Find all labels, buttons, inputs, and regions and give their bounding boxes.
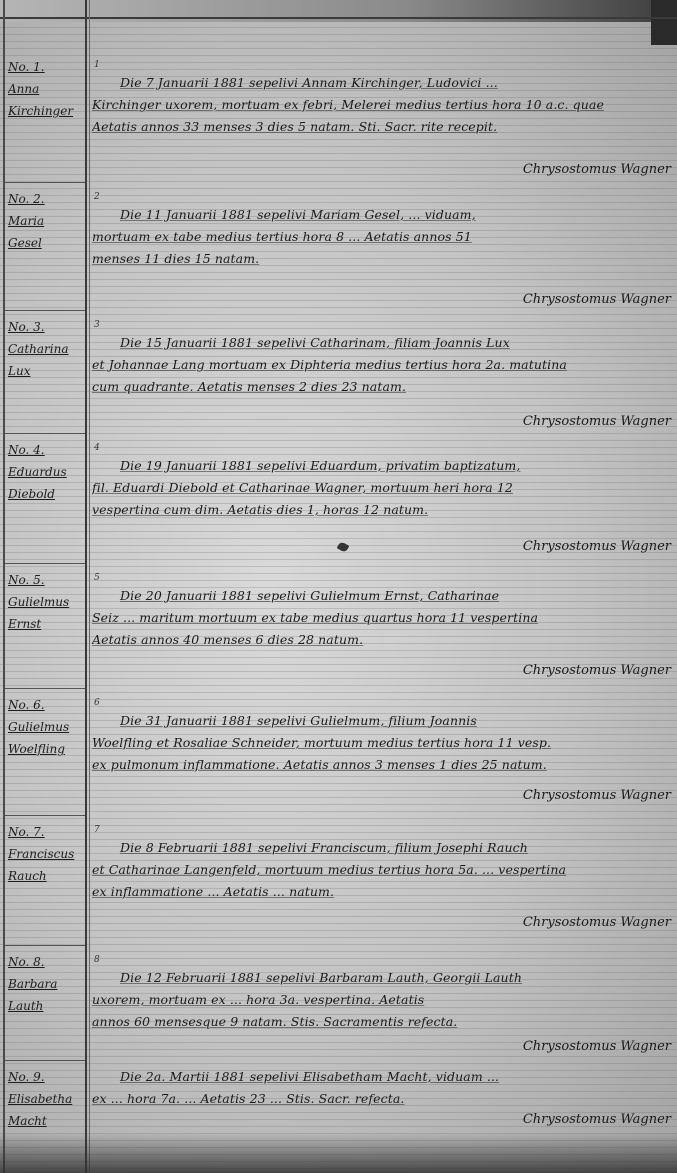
entry-margin: No. 6. Gulielmus Woelfling (8, 694, 84, 760)
entry-text: Die 20 Januarii 1881 sepelivi Gulielmum … (92, 585, 674, 651)
entry-divider (5, 815, 85, 816)
entry-index: 2 (94, 192, 100, 202)
entry-margin: No. 3. Catharina Lux (8, 316, 84, 382)
entry-line: ex ... hora 7a. ... Aetatis 23 ... Stis.… (92, 1088, 674, 1110)
priest-signature: Chrysostomus Wagner (523, 1112, 671, 1127)
left-border-line (3, 0, 5, 1173)
entry-number: No. 4. (8, 439, 84, 461)
entry-line: Woelfling et Rosaliae Schneider, mortuum… (92, 732, 674, 754)
entry-margin: No. 1. Anna Kirchinger (8, 56, 84, 122)
priest-signature: Chrysostomus Wagner (523, 1039, 671, 1054)
priest-signature: Chrysostomus Wagner (523, 915, 671, 930)
entry-divider (5, 182, 85, 183)
entry-index: 4 (94, 443, 100, 453)
entry-index: 7 (94, 825, 100, 835)
deceased-surname: Woelfling (8, 738, 84, 760)
entry-text: Die 8 Februarii 1881 sepelivi Franciscum… (92, 837, 674, 903)
entry-line: menses 11 dies 15 natam. (92, 248, 674, 270)
entry-margin: No. 4. Eduardus Diebold (8, 439, 84, 505)
entry-line: Seiz ... maritum mortuum ex tabe medius … (92, 607, 674, 629)
entry-number: No. 6. (8, 694, 84, 716)
deceased-surname: Rauch (8, 865, 84, 887)
scan-corner-shadow (651, 0, 677, 45)
margin-column-line (85, 0, 87, 1173)
entry-line: Die 8 Februarii 1881 sepelivi Franciscum… (92, 837, 674, 859)
entry-line: Die 20 Januarii 1881 sepelivi Gulielmum … (92, 585, 674, 607)
entry-line: Die 11 Januarii 1881 sepelivi Mariam Ges… (92, 204, 674, 226)
entry-text: Die 15 Januarii 1881 sepelivi Catharinam… (92, 332, 674, 398)
register-page: No. 1. Anna Kirchinger 1 Die 7 Januarii … (0, 0, 677, 1173)
entry-line: Die 2a. Martii 1881 sepelivi Elisabetham… (92, 1066, 674, 1088)
entry-text: Die 12 Februarii 1881 sepelivi Barbaram … (92, 967, 674, 1033)
deceased-surname: Kirchinger (8, 100, 84, 122)
entry-divider (5, 433, 85, 434)
entry-number: No. 3. (8, 316, 84, 338)
entry-margin: No. 5. Gulielmus Ernst (8, 569, 84, 635)
top-rule (0, 17, 677, 19)
entry-line: et Catharinae Langenfeld, mortuum medius… (92, 859, 674, 881)
deceased-surname: Lux (8, 360, 84, 382)
priest-signature: Chrysostomus Wagner (523, 292, 671, 307)
priest-signature: Chrysostomus Wagner (523, 414, 671, 429)
entry-line: ex pulmonum inflammatione. Aetatis annos… (92, 754, 674, 776)
deceased-first-name: Elisabetha (8, 1088, 84, 1110)
entry-line: Aetatis annos 40 menses 6 dies 28 natum. (92, 629, 674, 651)
entry-margin: No. 2. Maria Gesel (8, 188, 84, 254)
entry-number: No. 9. (8, 1066, 84, 1088)
entry-text: Die 2a. Martii 1881 sepelivi Elisabetham… (92, 1066, 674, 1110)
entry-number: No. 7. (8, 821, 84, 843)
entry-margin: No. 9. Elisabetha Macht (8, 1066, 84, 1132)
entry-line: Aetatis annos 33 menses 3 dies 5 natam. … (92, 116, 674, 138)
deceased-first-name: Catharina (8, 338, 84, 360)
entry-number: No. 1. (8, 56, 84, 78)
margin-column-line-inner (89, 0, 90, 1173)
entry-index: 3 (94, 320, 100, 330)
entry-line: Die 19 Januarii 1881 sepelivi Eduardum, … (92, 455, 674, 477)
entry-divider (5, 945, 85, 946)
entry-line: fil. Eduardi Diebold et Catharinae Wagne… (92, 477, 674, 499)
priest-signature: Chrysostomus Wagner (523, 788, 671, 803)
deceased-surname: Lauth (8, 995, 84, 1017)
entry-divider (5, 1060, 85, 1061)
entry-number: No. 8. (8, 951, 84, 973)
entry-index: 6 (94, 698, 100, 708)
deceased-surname: Ernst (8, 613, 84, 635)
deceased-surname: Gesel (8, 232, 84, 254)
entry-divider (5, 563, 85, 564)
entry-line: vespertina cum dim. Aetatis dies 1, hora… (92, 499, 674, 521)
entry-line: et Johannae Lang mortuam ex Diphteria me… (92, 354, 674, 376)
entry-index: 5 (94, 573, 100, 583)
entry-text: Die 7 Januarii 1881 sepelivi Annam Kirch… (92, 72, 674, 138)
entry-line: cum quadrante. Aetatis menses 2 dies 23 … (92, 376, 674, 398)
scan-bottom-shadow (0, 1133, 677, 1173)
entry-text: Die 19 Januarii 1881 sepelivi Eduardum, … (92, 455, 674, 521)
entry-line: Die 12 Februarii 1881 sepelivi Barbaram … (92, 967, 674, 989)
deceased-first-name: Gulielmus (8, 591, 84, 613)
ink-blot (337, 541, 350, 553)
entry-index: 1 (94, 60, 100, 70)
entry-line: mortuam ex tabe medius tertius hora 8 ..… (92, 226, 674, 248)
deceased-first-name: Gulielmus (8, 716, 84, 738)
entry-line: Die 7 Januarii 1881 sepelivi Annam Kirch… (92, 72, 674, 94)
priest-signature: Chrysostomus Wagner (523, 162, 671, 177)
entry-line: annos 60 mensesque 9 natam. Stis. Sacram… (92, 1011, 674, 1033)
entry-text: Die 11 Januarii 1881 sepelivi Mariam Ges… (92, 204, 674, 270)
entry-text: Die 31 Januarii 1881 sepelivi Gulielmum,… (92, 710, 674, 776)
entry-line: Die 31 Januarii 1881 sepelivi Gulielmum,… (92, 710, 674, 732)
entry-line: Die 15 Januarii 1881 sepelivi Catharinam… (92, 332, 674, 354)
entry-index: 8 (94, 955, 100, 965)
deceased-surname: Diebold (8, 483, 84, 505)
entry-number: No. 5. (8, 569, 84, 591)
entry-line: Kirchinger uxorem, mortuam ex febri, Mel… (92, 94, 674, 116)
deceased-first-name: Barbara (8, 973, 84, 995)
deceased-first-name: Anna (8, 78, 84, 100)
deceased-surname: Macht (8, 1110, 84, 1132)
entry-margin: No. 7. Franciscus Rauch (8, 821, 84, 887)
entry-divider (5, 688, 85, 689)
deceased-first-name: Franciscus (8, 843, 84, 865)
deceased-first-name: Eduardus (8, 461, 84, 483)
entry-number: No. 2. (8, 188, 84, 210)
entry-line: ex inflammatione ... Aetatis ... natum. (92, 881, 674, 903)
entry-line: uxorem, mortuam ex ... hora 3a. vesperti… (92, 989, 674, 1011)
entry-divider (5, 310, 85, 311)
priest-signature: Chrysostomus Wagner (523, 663, 671, 678)
deceased-first-name: Maria (8, 210, 84, 232)
entry-margin: No. 8. Barbara Lauth (8, 951, 84, 1017)
priest-signature: Chrysostomus Wagner (523, 539, 671, 554)
